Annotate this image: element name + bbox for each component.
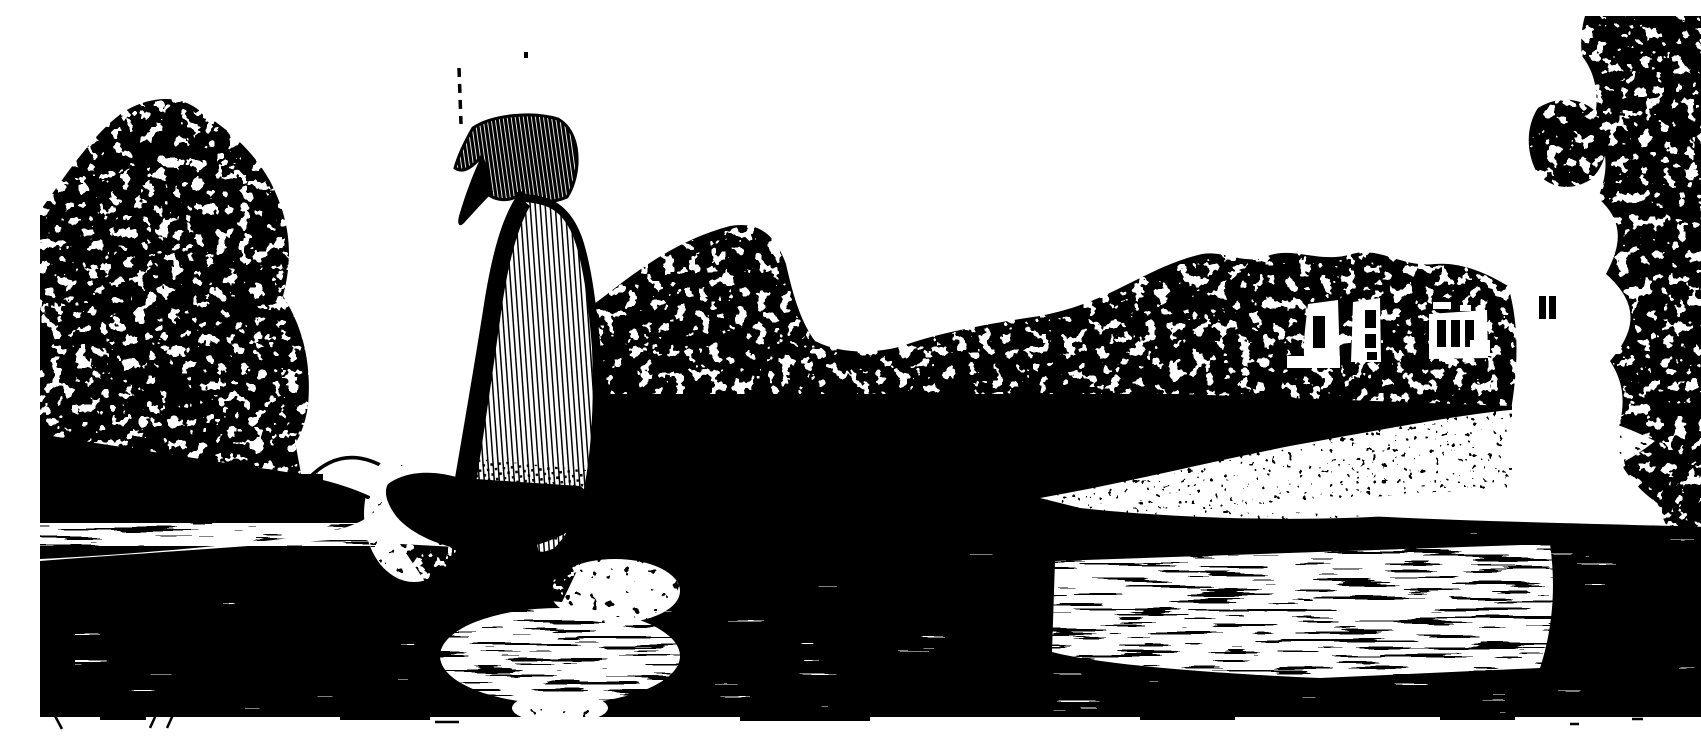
house-b [1351, 298, 1381, 362]
shore-streak-2 [40, 556, 302, 565]
splash-large [440, 608, 680, 704]
house-b-window-2 [1365, 334, 1376, 348]
tower-base [1553, 334, 1566, 356]
meadow-specks [1090, 414, 1300, 486]
engraving-river-landscape [40, 16, 1701, 731]
ripples-right [1530, 561, 1701, 701]
house-c-wing [1470, 340, 1490, 356]
tower-cap [1532, 278, 1561, 291]
house-b-window-1 [1365, 310, 1376, 328]
house-a-window [1313, 316, 1325, 348]
tower-window-2 [1549, 296, 1556, 319]
house-b-door [1367, 352, 1377, 360]
shore-streak [40, 523, 380, 546]
house-c-chimney-2 [1460, 305, 1471, 311]
house-c-window-1 [1437, 320, 1446, 347]
house-a-base [1287, 356, 1340, 368]
engraving-canvas [40, 16, 1701, 731]
house-c-window-2 [1451, 320, 1460, 347]
right-tree-clump [1529, 100, 1607, 187]
house-c-chimney-1 [1433, 302, 1451, 309]
sky-speck [524, 52, 528, 58]
tower-window-1 [1539, 296, 1546, 319]
